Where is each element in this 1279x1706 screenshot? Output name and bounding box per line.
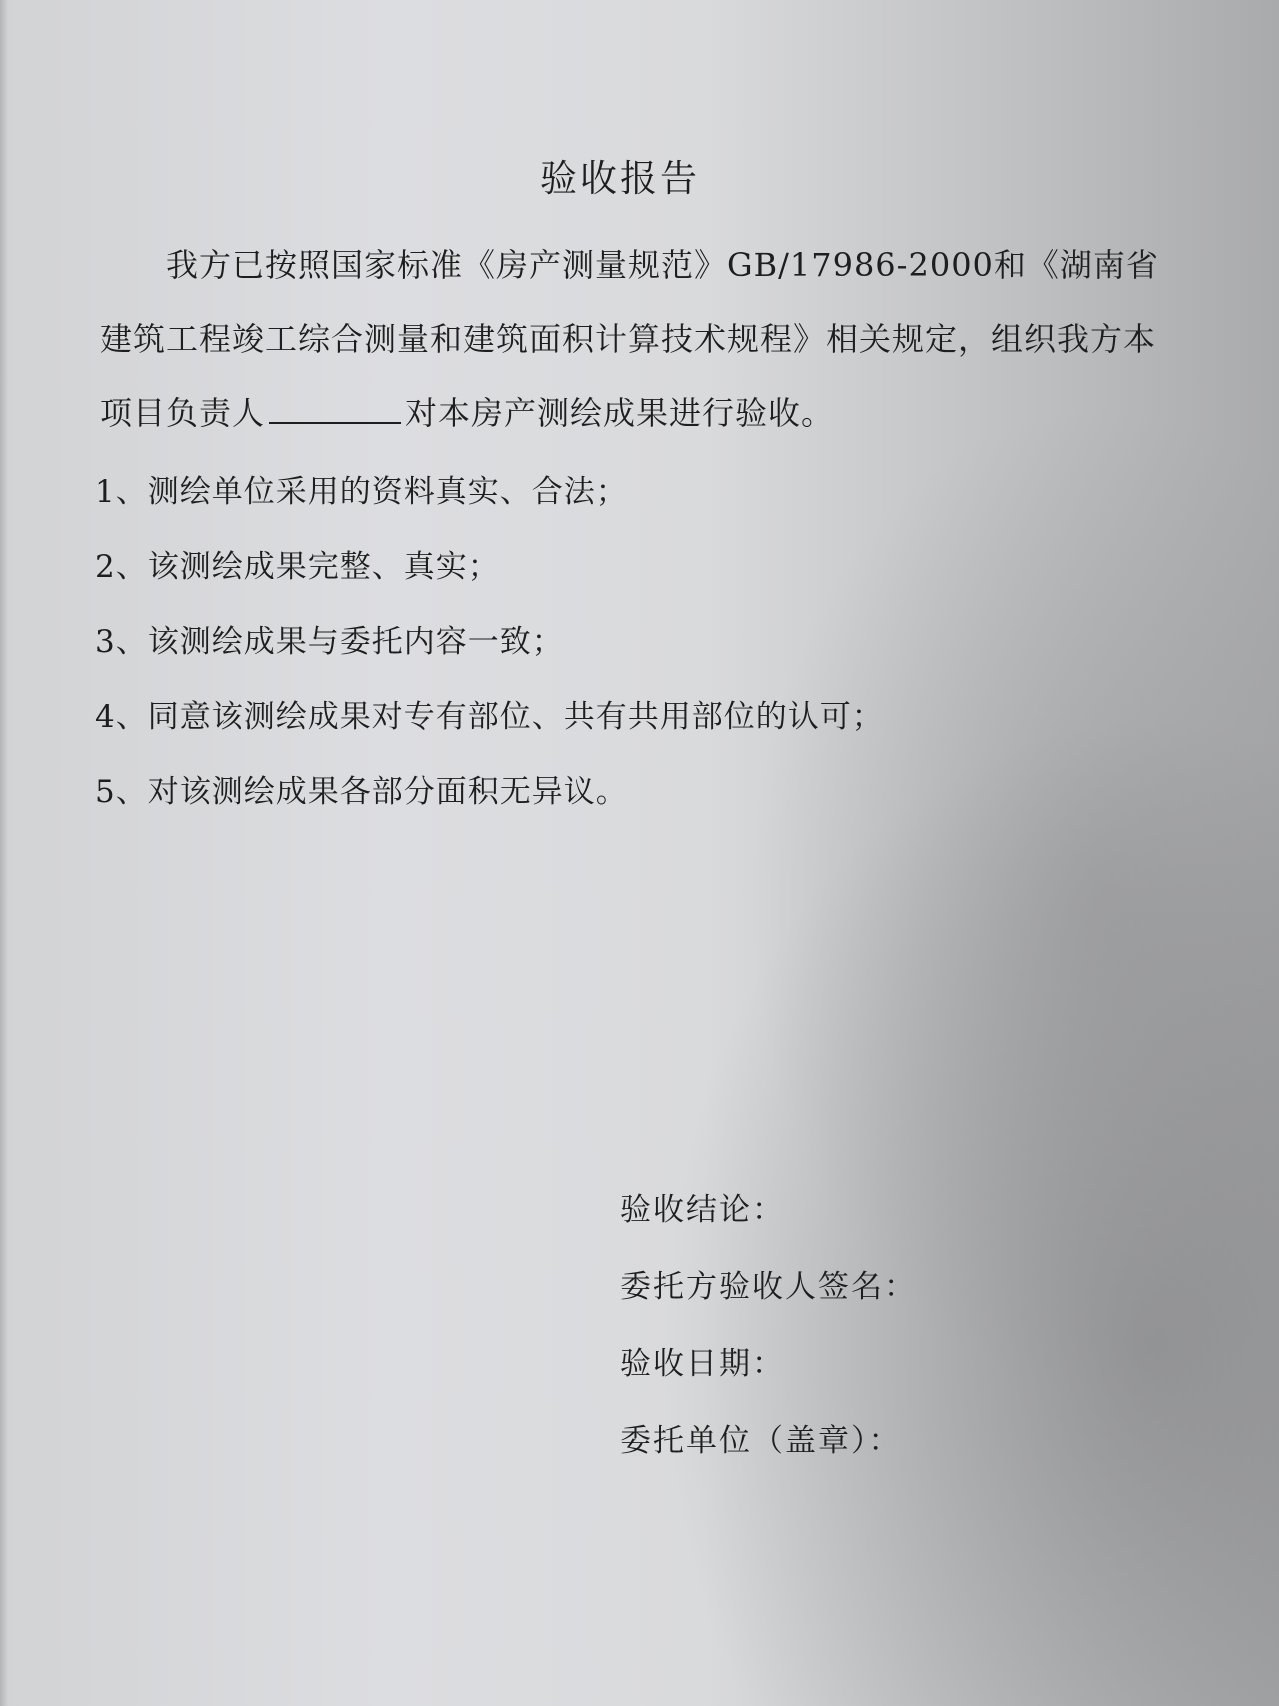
acceptance-item: 3、该测绘成果与委托内容一致； [95, 605, 884, 680]
seal-label: 委托单位（盖章）： [620, 1403, 917, 1480]
acceptance-item: 5、对该测绘成果各部分面积无异议。 [95, 755, 884, 830]
paper-edge-shadow [0, 0, 8, 1706]
acceptance-item: 2、该测绘成果完整、真实； [95, 530, 884, 605]
intro-paragraph: 我方已按照国家标准《房产测量规范》GB/17986-2000和《湖南省建筑工程竣… [100, 228, 1160, 450]
conclusion-label: 验收结论： [620, 1172, 917, 1249]
signer-label: 委托方验收人签名： [620, 1249, 917, 1326]
project-lead-blank[interactable] [269, 392, 401, 424]
acceptance-item: 1、测绘单位采用的资料真实、合法； [95, 455, 884, 530]
document-title: 验收报告 [0, 148, 1240, 202]
intro-text-after: 对本房产测绘成果进行验收。 [405, 394, 834, 432]
signature-block: 验收结论： 委托方验收人签名： 验收日期： 委托单位（盖章）： [620, 1172, 917, 1480]
acceptance-item: 4、同意该测绘成果对专有部位、共有共用部位的认可； [95, 680, 884, 755]
acceptance-items: 1、测绘单位采用的资料真实、合法； 2、该测绘成果完整、真实； 3、该测绘成果与… [95, 455, 884, 830]
date-label: 验收日期： [620, 1326, 917, 1403]
